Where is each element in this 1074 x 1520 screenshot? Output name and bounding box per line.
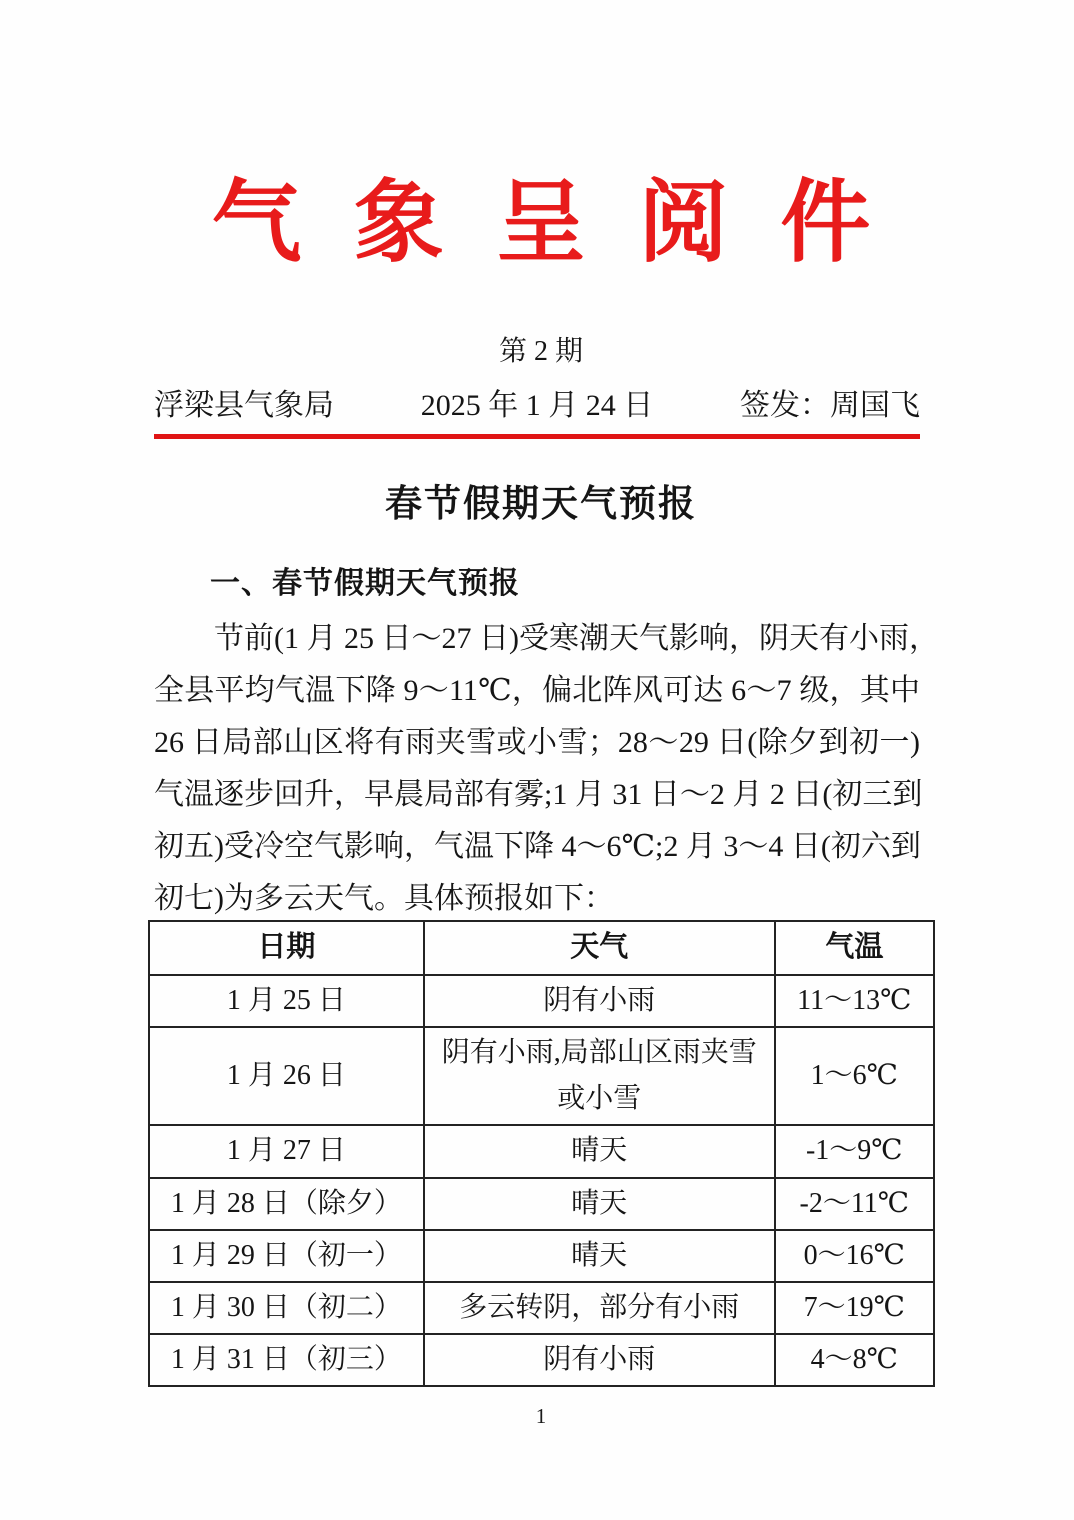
document-title: 春节假期天气预报 xyxy=(148,480,934,530)
cell-date: 1 月 29 日（初一） xyxy=(149,1230,424,1282)
red-divider-rule xyxy=(154,434,920,439)
document-page: 气象呈阅件 第 2 期 浮梁县气象局 2025 年 1 月 24 日 签发：周国… xyxy=(0,0,1074,1520)
cell-temperature: 11～13℃ xyxy=(775,975,934,1027)
table-row: 1 月 27 日 晴天 -1～9℃ xyxy=(149,1125,934,1177)
paragraph-line: 节前(1 月 25 日～27 日)受寒潮天气影响，阴天有小雨， xyxy=(154,613,920,665)
cell-temperature: -1～9℃ xyxy=(775,1125,934,1177)
cell-weather: 多云转阴，部分有小雨 xyxy=(424,1282,775,1334)
masthead-title: 气象呈阅件 xyxy=(148,168,934,280)
cell-weather: 阴有小雨 xyxy=(424,975,775,1027)
info-row: 浮梁县气象局 2025 年 1 月 24 日 签发：周国飞 xyxy=(154,386,920,426)
forecast-paragraph: 节前(1 月 25 日～27 日)受寒潮天气影响，阴天有小雨， 全县平均气温下降… xyxy=(154,613,920,925)
paragraph-line: 26 日局部山区将有雨夹雪或小雪；28～29 日(除夕到初一) xyxy=(154,717,920,769)
cell-weather: 阴有小雨 xyxy=(424,1334,775,1386)
document-content: 气象呈阅件 第 2 期 浮梁县气象局 2025 年 1 月 24 日 签发：周国… xyxy=(148,0,934,1520)
table-header-row: 日期 天气 气温 xyxy=(149,921,934,975)
cell-temperature: 1～6℃ xyxy=(775,1027,934,1125)
cell-temperature: 7～19℃ xyxy=(775,1282,934,1334)
table-row: 1 月 30 日（初二） 多云转阴，部分有小雨 7～19℃ xyxy=(149,1282,934,1334)
cell-date: 1 月 26 日 xyxy=(149,1027,424,1125)
cell-date: 1 月 25 日 xyxy=(149,975,424,1027)
paragraph-line: 气温逐步回升，早晨局部有雾;1 月 31 日～2 月 2 日(初三到 xyxy=(154,769,920,821)
cell-date: 1 月 28 日（除夕） xyxy=(149,1178,424,1230)
cell-temperature: 0～16℃ xyxy=(775,1230,934,1282)
paragraph-line: 全县平均气温下降 9～11℃，偏北阵风可达 6～7 级，其中 xyxy=(154,665,920,717)
table-row: 1 月 25 日 阴有小雨 11～13℃ xyxy=(149,975,934,1027)
issue-date: 2025 年 1 月 24 日 xyxy=(421,386,654,426)
cell-weather: 阴有小雨,局部山区雨夹雪或小雪 xyxy=(424,1027,775,1125)
cell-date: 1 月 31 日（初三） xyxy=(149,1334,424,1386)
cell-weather: 晴天 xyxy=(424,1125,775,1177)
signer-name: 签发：周国飞 xyxy=(740,386,920,426)
paragraph-line: 初七)为多云天气。具体预报如下： xyxy=(154,873,920,925)
table-row: 1 月 31 日（初三） 阴有小雨 4～8℃ xyxy=(149,1334,934,1386)
paragraph-line: 初五)受冷空气影响，气温下降 4～6℃;2 月 3～4 日(初六到 xyxy=(154,821,920,873)
cell-date: 1 月 27 日 xyxy=(149,1125,424,1177)
page-number: 1 xyxy=(148,1404,934,1429)
column-header-date: 日期 xyxy=(149,921,424,975)
table-row: 1 月 29 日（初一） 晴天 0～16℃ xyxy=(149,1230,934,1282)
issue-number: 第 2 期 xyxy=(148,334,934,370)
table-row: 1 月 26 日 阴有小雨,局部山区雨夹雪或小雪 1～6℃ xyxy=(149,1027,934,1125)
agency-name: 浮梁县气象局 xyxy=(154,386,334,426)
cell-temperature: 4～8℃ xyxy=(775,1334,934,1386)
cell-date: 1 月 30 日（初二） xyxy=(149,1282,424,1334)
table-row: 1 月 28 日（除夕） 晴天 -2～11℃ xyxy=(149,1178,934,1230)
column-header-weather: 天气 xyxy=(424,921,775,975)
cell-temperature: -2～11℃ xyxy=(775,1178,934,1230)
cell-weather: 晴天 xyxy=(424,1178,775,1230)
cell-weather: 晴天 xyxy=(424,1230,775,1282)
forecast-table: 日期 天气 气温 1 月 25 日 阴有小雨 11～13℃ 1 月 26 日 阴… xyxy=(148,920,935,1387)
section-heading: 一、春节假期天气预报 xyxy=(148,562,934,606)
column-header-temperature: 气温 xyxy=(775,921,934,975)
